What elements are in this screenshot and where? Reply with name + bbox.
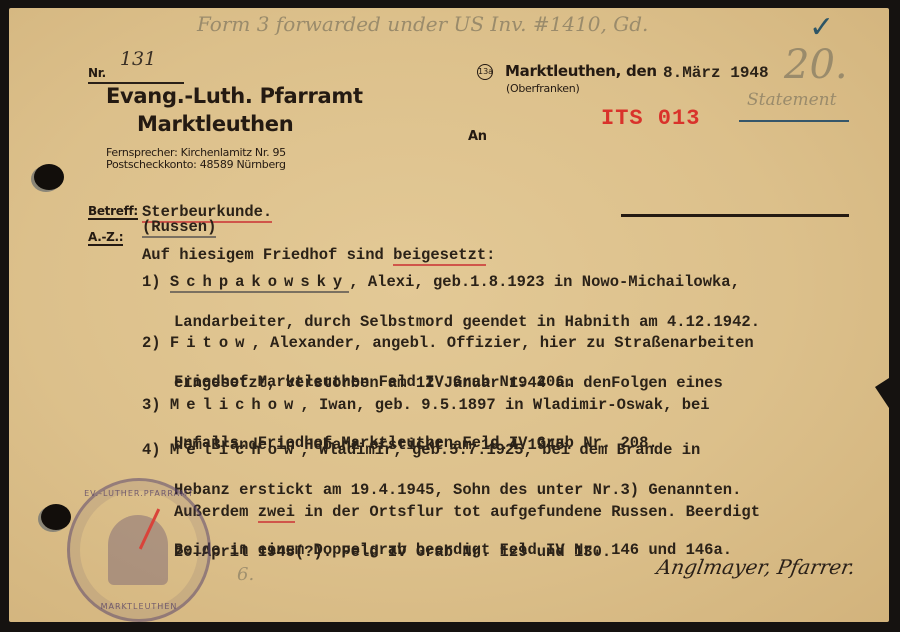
recipient-label: An — [468, 129, 487, 144]
its-stamp: ITS 013 — [601, 106, 700, 131]
entry-number: 1) — [142, 273, 161, 291]
intro-prefix: Auf hiesigem Friedhof sind — [142, 246, 393, 264]
reference-label: A.-Z.: — [88, 230, 123, 246]
region-label: (Oberfranken) — [506, 82, 579, 95]
reference-value: (Russen) — [142, 218, 216, 238]
entry-name: Melichow — [170, 396, 300, 414]
place-code-badge: 13a — [477, 64, 493, 80]
seal-text-bottom: MARKTLEUTHEN — [70, 602, 208, 611]
intro-text: Auf hiesigem Friedhof sind beigesetzt: — [142, 245, 495, 265]
entry-line2: Landarbeiter, durch Selbstmord geendet i… — [142, 312, 760, 332]
org-name-line1: Evang.-Luth. Pfarramt — [106, 84, 363, 108]
entry-line2: Hebanz erstickt am 19.4.1945, Sohn des u… — [142, 480, 741, 500]
entry-line1: , Alexander, angebl. Offizier, hier zu S… — [251, 334, 753, 352]
entry-line2: eingesetzt, verstorben am 12.Januar 1944… — [142, 373, 754, 393]
entry-number: 2) — [142, 334, 161, 352]
closing-paragraph: Außerdem zwei in der Ortsflur tot aufgef… — [174, 502, 760, 602]
handwritten-statement-note: Statement — [747, 90, 836, 110]
document-date: 8.März 1948 — [663, 63, 769, 83]
entry-line1: , Alexi, geb.1.8.1923 in Nowo-Michailowk… — [349, 273, 740, 291]
punch-hole-top — [34, 164, 64, 190]
handwritten-doc-number: 20. — [784, 42, 848, 88]
church-seal: EV.-LUTHER.PFARRAMT MARKTLEUTHEN — [67, 478, 211, 622]
entry-number: 3) — [142, 396, 161, 414]
statement-underline — [739, 120, 849, 122]
postal-account: Postscheckkonto: 48589 Nürnberg — [106, 159, 286, 171]
intro-emphasis: beigesetzt — [393, 246, 486, 266]
pastor-signature: Anglmayer, Pfarrer. — [655, 555, 857, 579]
closing-emphasis: zwei — [258, 503, 295, 523]
handwritten-forwarding-note: Form 3 forwarded under US Inv. #1410, Gd… — [197, 12, 648, 36]
entry-name: Melichow — [170, 441, 300, 459]
org-name-line2: Marktleuthen — [137, 112, 293, 136]
entry-line1: , Wladimir, geb.5.7.1925, bei dem Brande… — [300, 441, 700, 459]
handwritten-page-number: 6. — [237, 564, 254, 585]
entry-number: 4) — [142, 441, 161, 459]
intro-suffix: : — [486, 246, 495, 264]
entry-name: Fitow — [170, 334, 252, 352]
recipient-line — [621, 214, 849, 217]
nr-label: Nr. — [88, 66, 106, 80]
seal-emblem-icon — [108, 515, 168, 585]
entry-name: Schpakowsky — [170, 273, 349, 293]
punch-hole-bottom — [41, 504, 71, 530]
checkmark-icon: ✓ — [809, 10, 834, 45]
document-page: Form 3 forwarded under US Inv. #1410, Gd… — [9, 8, 889, 622]
place-label: Marktleuthen, den — [505, 62, 657, 80]
seal-text-top: EV.-LUTHER.PFARRAMT — [70, 489, 208, 498]
nr-value: 131 — [120, 48, 156, 70]
subject-label: Betreff: — [88, 204, 138, 220]
closing-rest: in der Ortsflur tot aufgefundene Russen.… — [295, 503, 760, 521]
entry-line1: , Iwan, geb. 9.5.1897 in Wladimir-Oswak,… — [300, 396, 709, 414]
nr-field: Nr. 131 — [88, 60, 184, 84]
